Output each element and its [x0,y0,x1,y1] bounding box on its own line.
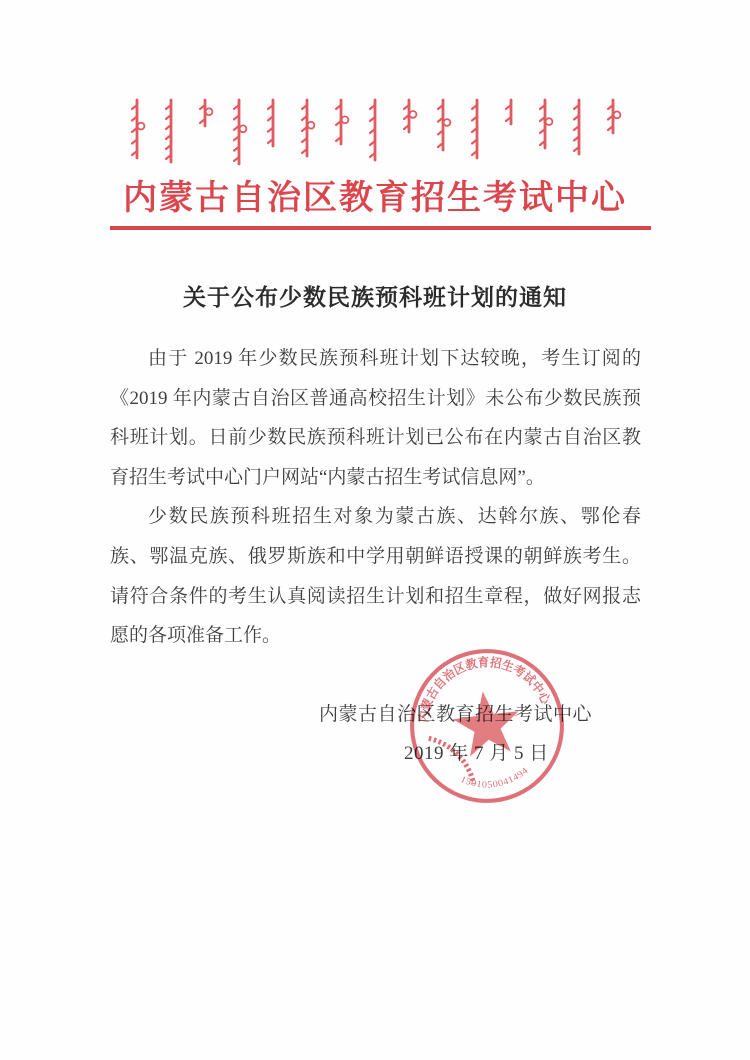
official-seal: 内蒙古自治区教育招生考试中心 1501050041494 [398,637,576,815]
seal-number: 1501050041494 [458,764,532,793]
signature-org: 内蒙古自治区教育招生考试中心 [0,699,592,726]
document-page: 内蒙古自治区教育招生考试中心 关于公布少数民族预科班计划的通知 由于 2019 … [0,0,750,1060]
header-divider [110,226,651,230]
org-name-heading: 内蒙古自治区教育招生考试中心 [0,170,750,219]
paragraph-2: 少数民族预科班招生对象为蒙古族、达斡尔族、鄂伦春族、鄂温克族、俄罗斯族和中学用朝… [110,497,641,655]
mongolian-script-glyphs [125,96,625,166]
mongolian-script-header [125,96,625,166]
document-body: 由于 2019 年少数民族预科班计划下达较晚，考生订阅的《2019 年内蒙古自治… [110,339,641,656]
seal-ring [404,643,571,810]
signature-date: 2019 年 7 月 5 日 [404,738,549,765]
document-title: 关于公布少数民族预科班计划的通知 [0,279,750,312]
paragraph-1: 由于 2019 年少数民族预科班计划下达较晚，考生订阅的《2019 年内蒙古自治… [110,339,641,497]
